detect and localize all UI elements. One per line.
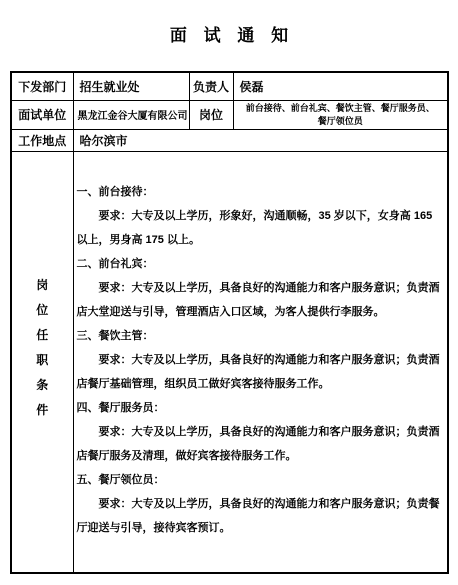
work-location-value: 哈尔滨市 [73, 129, 448, 151]
section-body: 要求：大专及以上学历，具备良好的沟通能力和客户服务意识；负责酒店餐厅服务及清理，… [77, 420, 446, 468]
table-row-location: 工作地点 哈尔滨市 [11, 129, 448, 151]
requirements-label-cell: 岗 位 任 职 条 件 [11, 151, 73, 573]
section-heading: 一、前台接待： [77, 180, 446, 204]
section-heading: 四、餐厅服务员： [77, 396, 446, 420]
section-body: 要求：大专及以上学历，具备良好的沟通能力和客户服务意识；负责酒店大堂迎送与引导，… [77, 276, 446, 324]
interview-unit-label: 面试单位 [11, 100, 73, 129]
manager-label: 负责人 [189, 72, 233, 100]
notice-table: 下发部门 招生就业处 负责人 侯磊 面试单位 黑龙江金谷大厦有限公司 岗位 前台… [10, 71, 449, 574]
table-row-issuing: 下发部门 招生就业处 负责人 侯磊 [11, 72, 448, 100]
requirements-content: 一、前台接待： 要求：大专及以上学历，形象好，沟通顺畅，35 岁以下，女身高 1… [73, 151, 448, 573]
section-heading: 二、前台礼宾： [77, 252, 446, 276]
section-heading: 五、餐厅领位员： [77, 468, 446, 492]
section-body: 要求：大专及以上学历，形象好，沟通顺畅，35 岁以下，女身高 165 以上，男身… [77, 204, 446, 252]
requirement-section-5: 五、餐厅领位员： 要求：大专及以上学历，具备良好的沟通能力和客户服务意识；负责餐… [77, 468, 446, 540]
issuing-dept-value: 招生就业处 [73, 72, 189, 100]
work-location-label: 工作地点 [11, 129, 73, 151]
section-body: 要求：大专及以上学历，具备良好的沟通能力和客户服务意识；负责餐厅迎送与引导，接待… [77, 492, 446, 540]
document-page: { "page": { "title": "面 试 通 知", "backgro… [0, 0, 458, 585]
requirement-section-4: 四、餐厅服务员： 要求：大专及以上学历，具备良好的沟通能力和客户服务意识；负责酒… [77, 396, 446, 468]
issuing-dept-label: 下发部门 [11, 72, 73, 100]
position-value: 前台接待、前台礼宾、餐饮主管、餐厅服务员、餐厅领位员 [233, 100, 448, 129]
page-title: 面 试 通 知 [0, 21, 458, 46]
section-heading: 三、餐饮主管： [77, 324, 446, 348]
manager-value: 侯磊 [233, 72, 448, 100]
position-label: 岗位 [189, 100, 233, 129]
requirement-section-1: 一、前台接待： 要求：大专及以上学历，形象好，沟通顺畅，35 岁以下，女身高 1… [77, 180, 446, 252]
table-row-unit: 面试单位 黑龙江金谷大厦有限公司 岗位 前台接待、前台礼宾、餐饮主管、餐厅服务员… [11, 100, 448, 129]
requirements-vertical-label: 岗 位 任 职 条 件 [12, 273, 73, 423]
requirement-section-3: 三、餐饮主管： 要求：大专及以上学历，具备良好的沟通能力和客户服务意识；负责酒店… [77, 324, 446, 396]
section-body: 要求：大专及以上学历，具备良好的沟通能力和客户服务意识；负责酒店餐厅基础管理，组… [77, 348, 446, 396]
interview-unit-value: 黑龙江金谷大厦有限公司 [73, 100, 189, 129]
requirement-section-2: 二、前台礼宾： 要求：大专及以上学历，具备良好的沟通能力和客户服务意识；负责酒店… [77, 252, 446, 324]
table-row-requirements: 岗 位 任 职 条 件 一、前台接待： 要求：大专及以上学历，形象好，沟通顺畅，… [11, 151, 448, 573]
